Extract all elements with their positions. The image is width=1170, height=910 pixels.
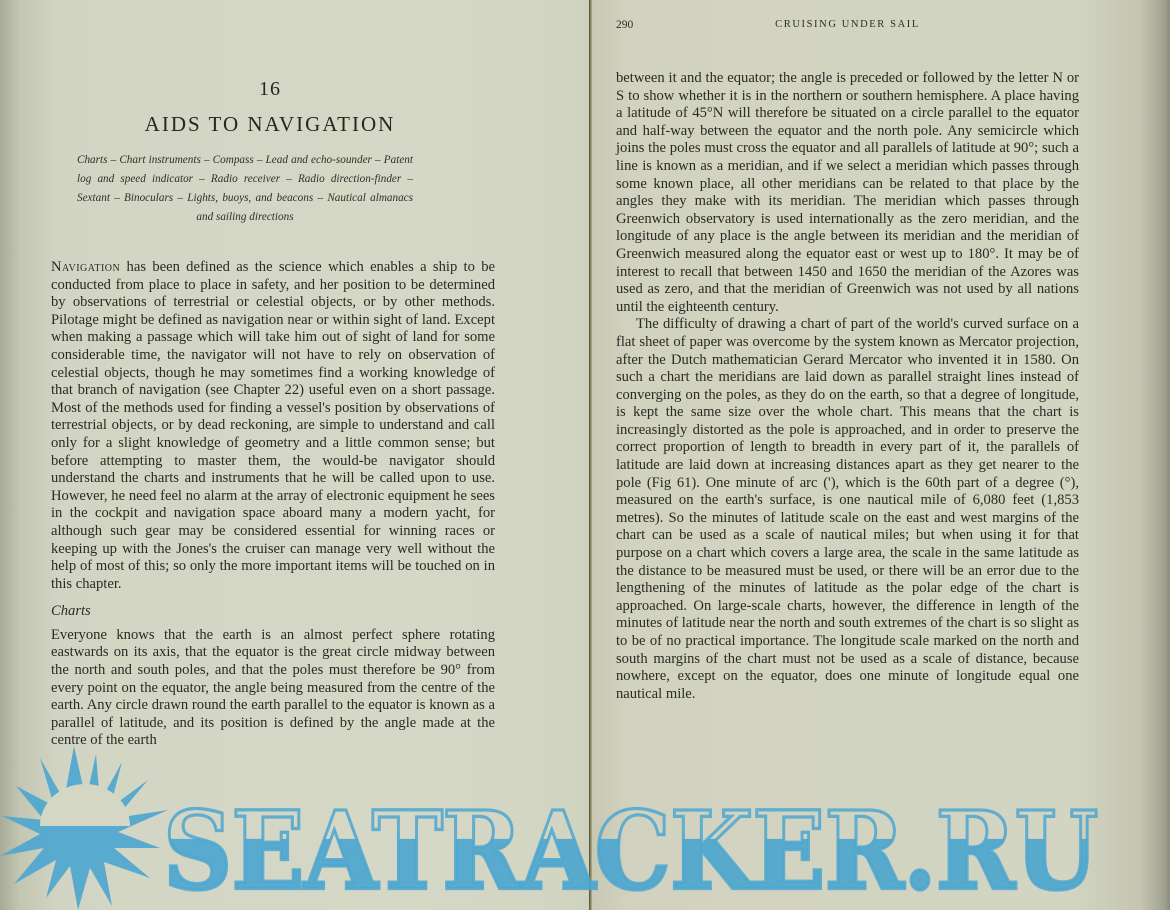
continuation-paragraph: between it and the equator; the angle is… (616, 70, 1079, 316)
left-page: 16 AIDS TO NAVIGATION Charts – Chart ins… (0, 0, 590, 910)
opening-paragraph: Navigation has been defined as the scien… (51, 259, 495, 593)
chapter-number: 16 (0, 78, 540, 101)
book-gutter (589, 0, 592, 910)
left-body-text: Navigation has been defined as the scien… (51, 259, 495, 750)
book-spread: 16 AIDS TO NAVIGATION Charts – Chart ins… (0, 0, 1170, 910)
charts-paragraph: Everyone knows that the earth is an almo… (51, 627, 495, 750)
mercator-paragraph: The difficulty of drawing a chart of par… (616, 316, 1079, 703)
chapter-title: AIDS TO NAVIGATION (0, 112, 540, 137)
right-body-text: between it and the equator; the angle is… (616, 70, 1079, 703)
right-page: 290 CRUISING UNDER SAIL between it and t… (590, 0, 1170, 910)
opening-word: Navigation (51, 259, 120, 275)
book-title: CRUISING UNDER SAIL (616, 19, 1079, 30)
section-heading-charts: Charts (51, 603, 495, 621)
chapter-contents: Charts – Chart instruments – Compass – L… (77, 151, 413, 227)
paragraph-text: has been defined as the science which en… (51, 259, 495, 592)
